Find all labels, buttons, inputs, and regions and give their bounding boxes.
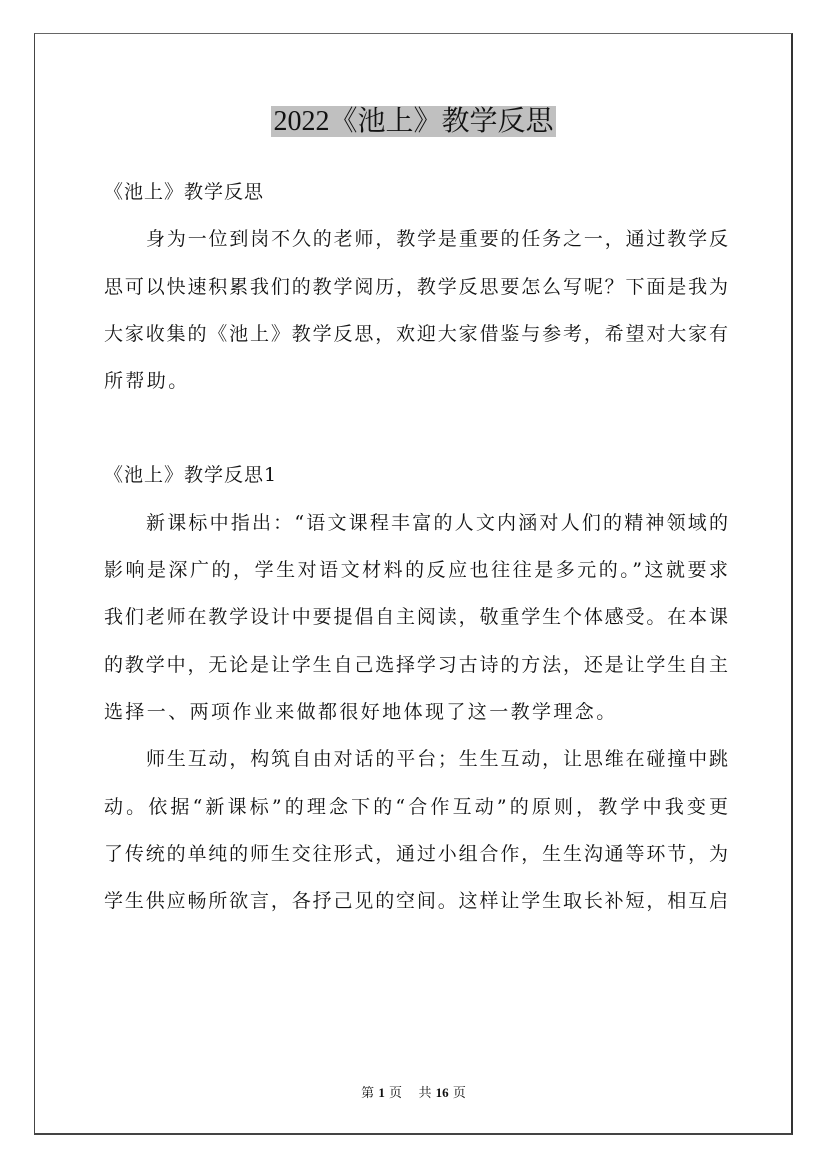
paragraph-gap [104, 412, 728, 459]
section1-para1-line: 新课标中指出：“语文课程丰富的人文内涵对人们的精神领域的 [104, 507, 728, 554]
footer-total-prefix: 共 [419, 1086, 432, 1101]
section1-para2-line: 了传统的单纯的师生交往形式，通过小组合作，生生沟通等环节，为 [104, 838, 728, 885]
page-footer: 第 1 页 共 16 页 [0, 1082, 827, 1101]
section1-para1-line: 的教学中，无论是让学生自己选择学习古诗的方法，还是让学生自主 [104, 649, 728, 696]
footer-page-word: 页 [389, 1086, 402, 1101]
section1-para1-line: 我们老师在教学设计中要提倡自主阅读，敬重学生个体感受。在本课 [104, 601, 728, 648]
section1-para1-line: 影响是深广的，学生对语文材料的反应也往往是多元的。”这就要求 [104, 554, 728, 601]
intro-line: 身为一位到岗不久的老师，教学是重要的任务之一，通过教学反 [104, 223, 728, 270]
footer-prefix: 第 [361, 1086, 374, 1101]
section1-para2-line: 学生供应畅所欲言，各抒己见的空间。这样让学生取长补短，相互启 [104, 885, 728, 932]
document-title: 2022《池上》教学反思 [271, 106, 555, 137]
current-page-number: 1 [378, 1085, 385, 1100]
section1-para2-line: 师生互动，构筑自由对话的平台；生生互动，让思维在碰撞中跳 [104, 743, 728, 790]
intro-line: 思可以快速积累我们的教学阅历，教学反思要怎么写呢？下面是我为 [104, 271, 728, 318]
document-title-container: 2022《池上》教学反思 [0, 102, 827, 142]
section1-para2-line: 动。依据“新课标”的理念下的“合作互动”的原则，教学中我变更 [104, 791, 728, 838]
section1-para1-line: 选择一、两项作业来做都很好地体现了这一教学理念。 [104, 696, 728, 743]
intro-line: 所帮助。 [104, 365, 728, 412]
footer-total-suffix: 页 [453, 1086, 466, 1101]
total-pages-number: 16 [436, 1085, 449, 1100]
document-body: 《池上》教学反思 身为一位到岗不久的老师，教学是重要的任务之一，通过教学反 思可… [104, 176, 728, 932]
intro-heading: 《池上》教学反思 [104, 176, 728, 223]
intro-line: 大家收集的《池上》教学反思，欢迎大家借鉴与参考，希望对大家有 [104, 318, 728, 365]
section1-heading: 《池上》教学反思1 [104, 459, 728, 506]
